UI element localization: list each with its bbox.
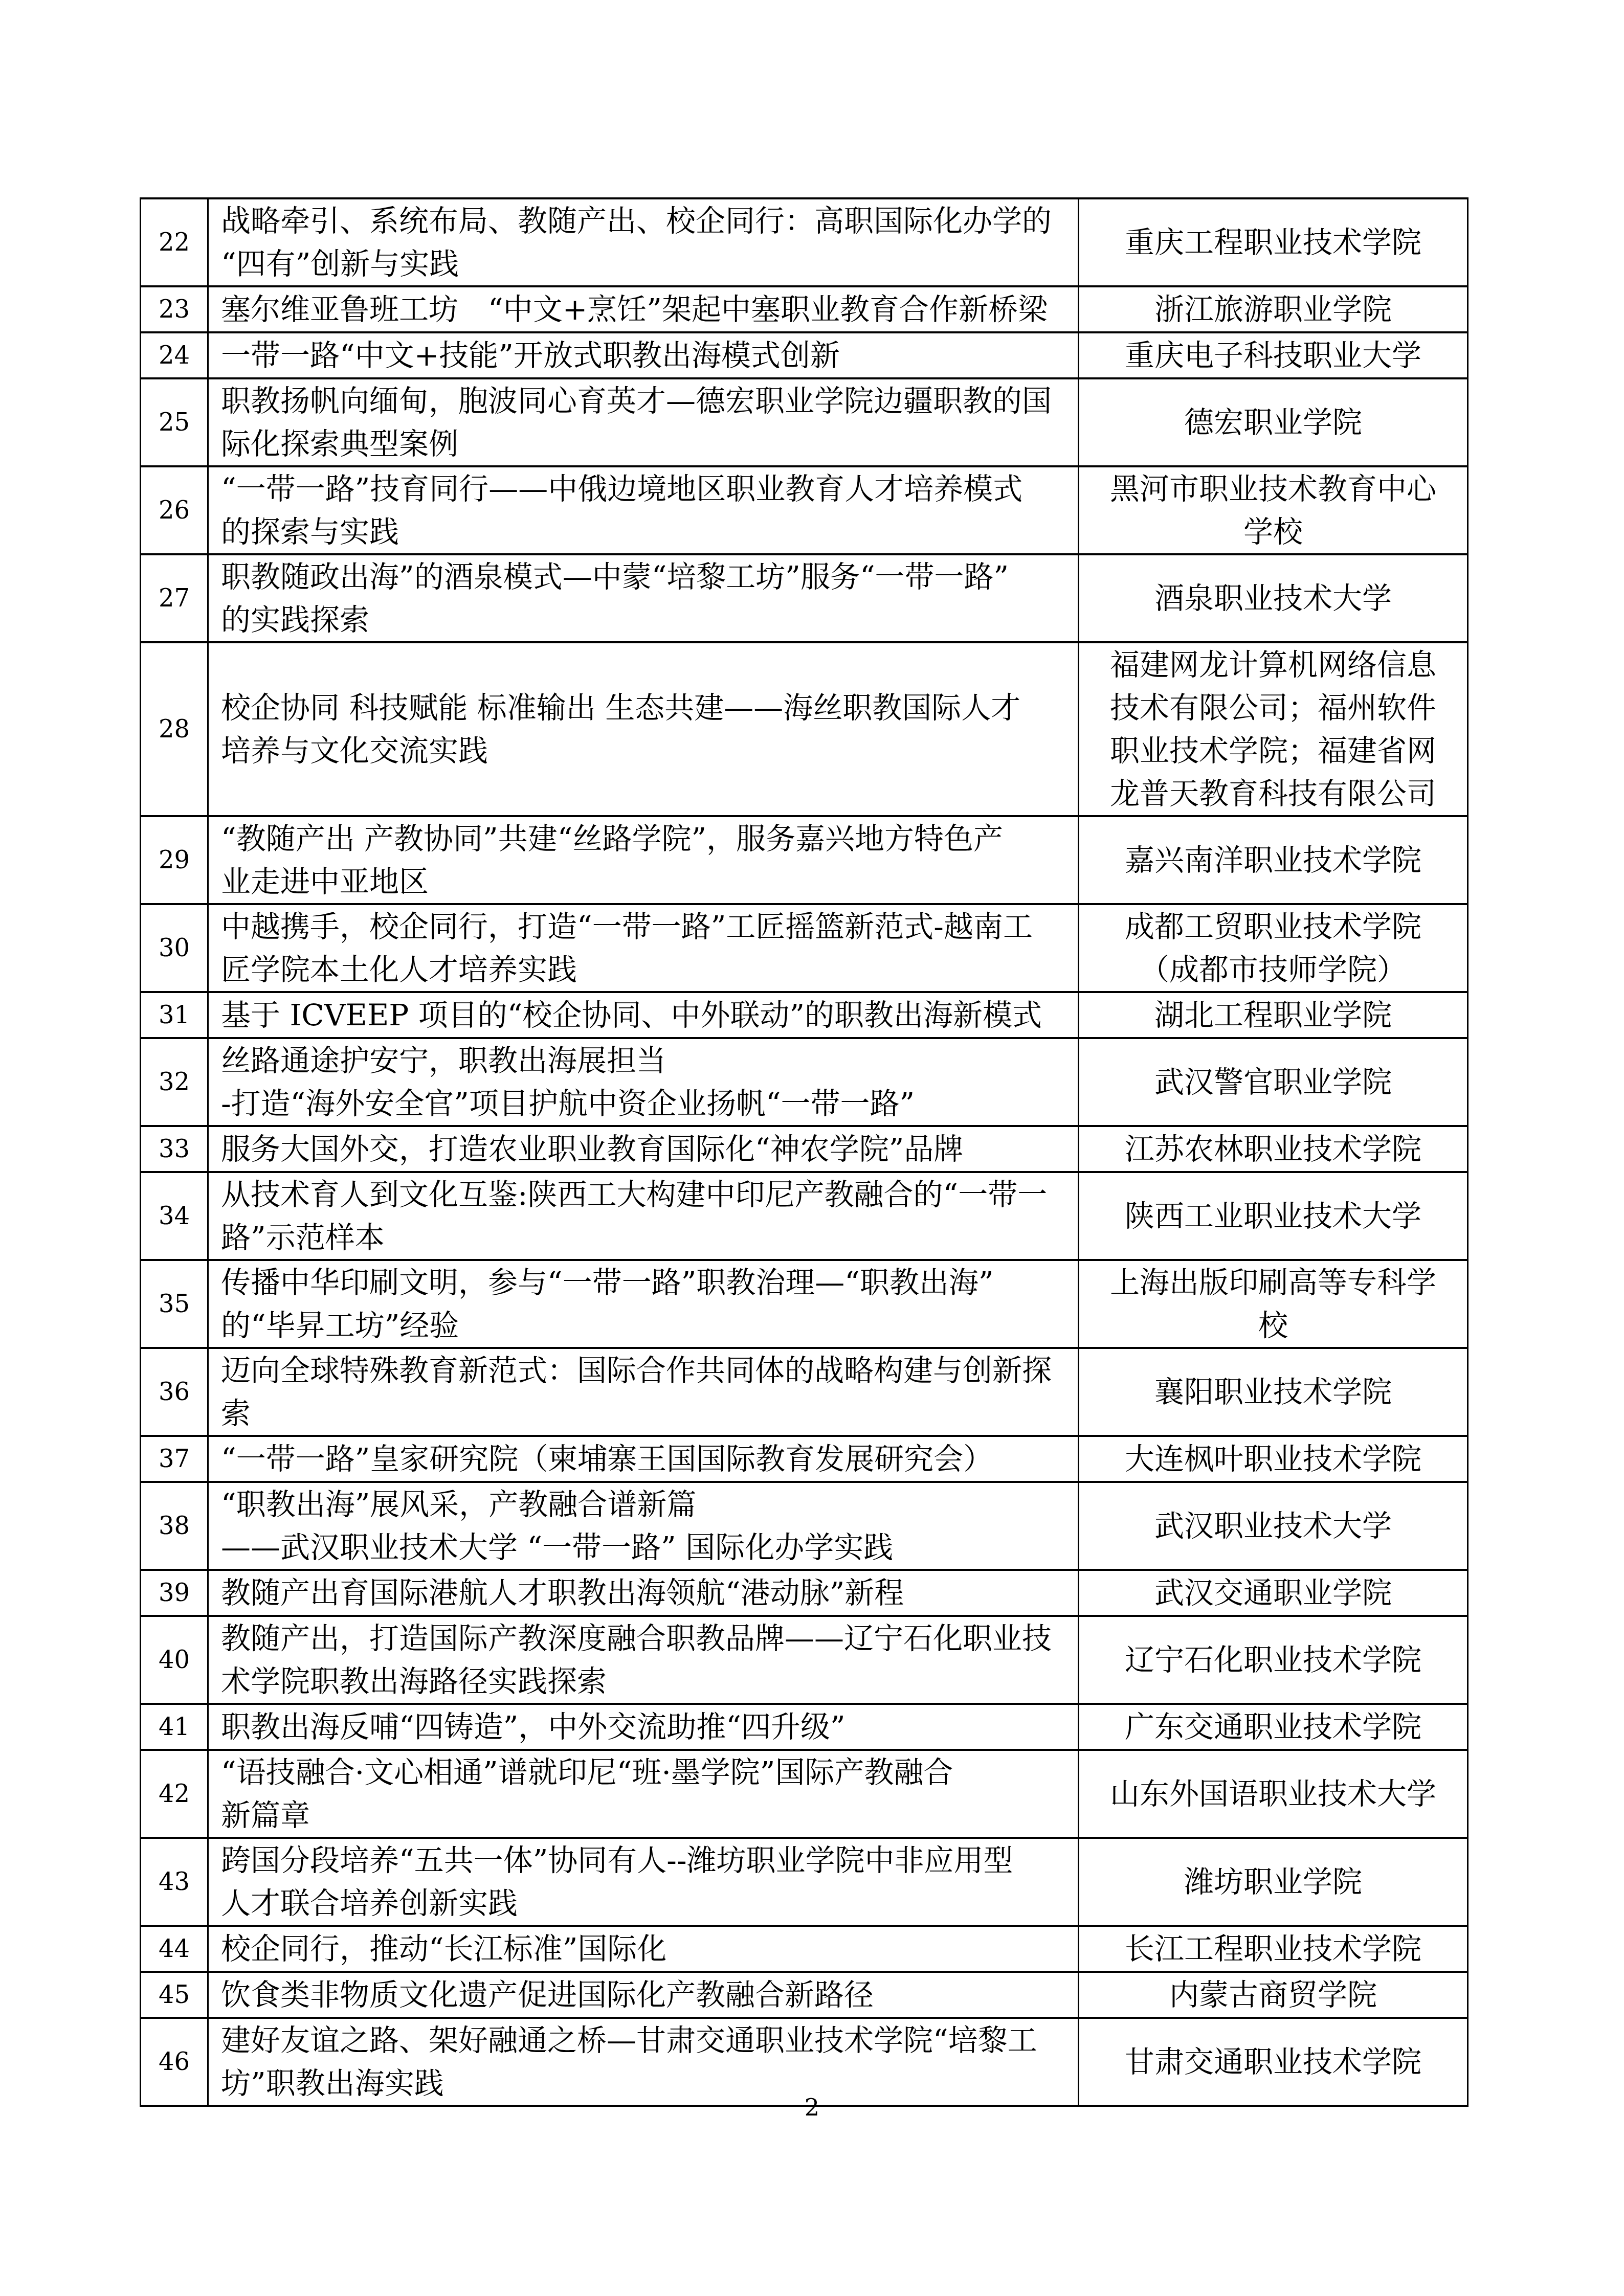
row-title: 传播中华印刷文明，参与“一带一路”职教治理—“职教出海” 的“毕昇工坊”经验 [208, 1260, 1079, 1348]
case-table: 22 战略牵引、系统布局、教随产出、校企同行：高职国际化办学的 “四有”创新与实… [140, 197, 1469, 2107]
row-institution: 武汉警官职业学院 [1079, 1038, 1468, 1126]
table-row: 24 一带一路“中文+技能”开放式职教出海模式创新 重庆电子科技职业大学 [141, 332, 1468, 378]
table-row: 34 从技术育人到文化互鉴:陕西工大构建中印尼产教融合的“一带一 路”示范样本 … [141, 1172, 1468, 1260]
table-row: 35 传播中华印刷文明，参与“一带一路”职教治理—“职教出海” 的“毕昇工坊”经… [141, 1260, 1468, 1348]
row-title: 迈向全球特殊教育新范式：国际合作共同体的战略构建与创新探 索 [208, 1348, 1079, 1436]
table-row: 42 “语技融合·文心相通”谱就印尼“班·墨学院”国际产教融合 新篇章 山东外国… [141, 1750, 1468, 1838]
row-institution: 辽宁石化职业技术学院 [1079, 1616, 1468, 1704]
row-title: 服务大国外交，打造农业职业教育国际化“神农学院”品牌 [208, 1126, 1079, 1172]
row-number: 30 [141, 904, 208, 992]
row-number: 28 [141, 642, 208, 816]
row-institution: 黑河市职业技术教育中心 学校 [1079, 466, 1468, 554]
row-title: 跨国分段培养“五共一体”协同有人--潍坊职业学院中非应用型 人才联合培养创新实践 [208, 1838, 1079, 1926]
row-number: 45 [141, 1972, 208, 2018]
table-row: 40 教随产出，打造国际产教深度融合职教品牌——辽宁石化职业技 术学院职教出海路… [141, 1616, 1468, 1704]
row-number: 46 [141, 2018, 208, 2106]
table-row: 33 服务大国外交，打造农业职业教育国际化“神农学院”品牌 江苏农林职业技术学院 [141, 1126, 1468, 1172]
row-number: 32 [141, 1038, 208, 1126]
row-number: 39 [141, 1570, 208, 1616]
row-number: 36 [141, 1348, 208, 1436]
row-number: 35 [141, 1260, 208, 1348]
document-page: 22 战略牵引、系统布局、教随产出、校企同行：高职国际化办学的 “四有”创新与实… [0, 0, 1624, 2296]
row-institution: 酒泉职业技术大学 [1079, 554, 1468, 642]
table-row: 25 职教扬帆向缅甸，胞波同心育英才—德宏职业学院边疆职教的国 际化探索典型案例… [141, 378, 1468, 466]
row-institution: 福建网龙计算机网络信息 技术有限公司；福州软件 职业技术学院；福建省网 龙普天教… [1079, 642, 1468, 816]
row-number: 38 [141, 1482, 208, 1570]
row-institution: 武汉交通职业学院 [1079, 1570, 1468, 1616]
row-number: 40 [141, 1616, 208, 1704]
row-institution: 成都工贸职业技术学院 （成都市技师学院） [1079, 904, 1468, 992]
table-row: 41 职教出海反哺“四铸造”，中外交流助推“四升级” 广东交通职业技术学院 [141, 1704, 1468, 1750]
row-institution: 大连枫叶职业技术学院 [1079, 1436, 1468, 1482]
table-row: 39 教随产出育国际港航人才职教出海领航“港动脉”新程 武汉交通职业学院 [141, 1570, 1468, 1616]
row-institution: 内蒙古商贸学院 [1079, 1972, 1468, 2018]
table-row: 37 “一带一路”皇家研究院（柬埔寨王国国际教育发展研究会） 大连枫叶职业技术学… [141, 1436, 1468, 1482]
table-row: 32 丝路通途护安宁，职教出海展担当 -打造“海外安全官”项目护航中资企业扬帆“… [141, 1038, 1468, 1126]
table-row: 22 战略牵引、系统布局、教随产出、校企同行：高职国际化办学的 “四有”创新与实… [141, 198, 1468, 286]
row-title: 饮食类非物质文化遗产促进国际化产教融合新路径 [208, 1972, 1079, 2018]
table-row: 28 校企协同 科技赋能 标准输出 生态共建——海丝职教国际人才 培养与文化交流… [141, 642, 1468, 816]
row-institution: 浙江旅游职业学院 [1079, 286, 1468, 332]
row-institution: 广东交通职业技术学院 [1079, 1704, 1468, 1750]
table-row: 23 塞尔维亚鲁班工坊 “中文+烹饪”架起中塞职业教育合作新桥梁 浙江旅游职业学… [141, 286, 1468, 332]
row-title: “语技融合·文心相通”谱就印尼“班·墨学院”国际产教融合 新篇章 [208, 1750, 1079, 1838]
table-row: 43 跨国分段培养“五共一体”协同有人--潍坊职业学院中非应用型 人才联合培养创… [141, 1838, 1468, 1926]
row-number: 37 [141, 1436, 208, 1482]
case-table-body: 22 战略牵引、系统布局、教随产出、校企同行：高职国际化办学的 “四有”创新与实… [141, 198, 1468, 2106]
row-number: 34 [141, 1172, 208, 1260]
table-row: 29 “教随产出 产教协同”共建“丝路学院”，服务嘉兴地方特色产 业走进中亚地区… [141, 816, 1468, 904]
table-row: 27 职教随政出海”的酒泉模式—中蒙“培黎工坊”服务“一带一路” 的实践探索 酒… [141, 554, 1468, 642]
table-row: 45 饮食类非物质文化遗产促进国际化产教融合新路径 内蒙古商贸学院 [141, 1972, 1468, 2018]
row-institution: 襄阳职业技术学院 [1079, 1348, 1468, 1436]
row-institution: 重庆工程职业技术学院 [1079, 198, 1468, 286]
row-institution: 湖北工程职业学院 [1079, 992, 1468, 1038]
row-title: 一带一路“中文+技能”开放式职教出海模式创新 [208, 332, 1079, 378]
table-row: 30 中越携手，校企同行，打造“一带一路”工匠摇篮新范式-越南工 匠学院本土化人… [141, 904, 1468, 992]
row-institution: 上海出版印刷高等专科学 校 [1079, 1260, 1468, 1348]
row-institution: 武汉职业技术大学 [1079, 1482, 1468, 1570]
row-number: 41 [141, 1704, 208, 1750]
row-institution: 长江工程职业技术学院 [1079, 1926, 1468, 1972]
row-institution: 山东外国语职业技术大学 [1079, 1750, 1468, 1838]
row-institution: 重庆电子科技职业大学 [1079, 332, 1468, 378]
table-row: 26 “一带一路”技育同行——中俄边境地区职业教育人才培养模式 的探索与实践 黑… [141, 466, 1468, 554]
row-title: “一带一路”技育同行——中俄边境地区职业教育人才培养模式 的探索与实践 [208, 466, 1079, 554]
row-title: 战略牵引、系统布局、教随产出、校企同行：高职国际化办学的 “四有”创新与实践 [208, 198, 1079, 286]
row-title: “职教出海”展风采，产教融合谱新篇 ——武汉职业技术大学 “一带一路” 国际化办… [208, 1482, 1079, 1570]
row-title: 教随产出育国际港航人才职教出海领航“港动脉”新程 [208, 1570, 1079, 1616]
row-title: “一带一路”皇家研究院（柬埔寨王国国际教育发展研究会） [208, 1436, 1079, 1482]
table-row: 31 基于 ICVEEP 项目的“校企协同、中外联动”的职教出海新模式 湖北工程… [141, 992, 1468, 1038]
table-row: 36 迈向全球特殊教育新范式：国际合作共同体的战略构建与创新探 索 襄阳职业技术… [141, 1348, 1468, 1436]
row-number: 25 [141, 378, 208, 466]
row-title: 从技术育人到文化互鉴:陕西工大构建中印尼产教融合的“一带一 路”示范样本 [208, 1172, 1079, 1260]
row-number: 44 [141, 1926, 208, 1972]
row-institution: 德宏职业学院 [1079, 378, 1468, 466]
row-title: 职教扬帆向缅甸，胞波同心育英才—德宏职业学院边疆职教的国 际化探索典型案例 [208, 378, 1079, 466]
row-title: 职教随政出海”的酒泉模式—中蒙“培黎工坊”服务“一带一路” 的实践探索 [208, 554, 1079, 642]
row-number: 22 [141, 198, 208, 286]
row-title: 中越携手，校企同行，打造“一带一路”工匠摇篮新范式-越南工 匠学院本土化人才培养… [208, 904, 1079, 992]
row-title: 校企协同 科技赋能 标准输出 生态共建——海丝职教国际人才 培养与文化交流实践 [208, 642, 1079, 816]
table-row: 46 建好友谊之路、架好融通之桥—甘肃交通职业技术学院“培黎工 坊”职教出海实践… [141, 2018, 1468, 2106]
row-number: 23 [141, 286, 208, 332]
row-title: 丝路通途护安宁，职教出海展担当 -打造“海外安全官”项目护航中资企业扬帆“一带一… [208, 1038, 1079, 1126]
table-row: 44 校企同行，推动“长江标准”国际化 长江工程职业技术学院 [141, 1926, 1468, 1972]
row-number: 43 [141, 1838, 208, 1926]
row-number: 26 [141, 466, 208, 554]
row-title: 基于 ICVEEP 项目的“校企协同、中外联动”的职教出海新模式 [208, 992, 1079, 1038]
row-number: 27 [141, 554, 208, 642]
row-number: 31 [141, 992, 208, 1038]
row-number: 33 [141, 1126, 208, 1172]
row-title: “教随产出 产教协同”共建“丝路学院”，服务嘉兴地方特色产 业走进中亚地区 [208, 816, 1079, 904]
row-number: 42 [141, 1750, 208, 1838]
row-title: 教随产出，打造国际产教深度融合职教品牌——辽宁石化职业技 术学院职教出海路径实践… [208, 1616, 1079, 1704]
row-institution: 嘉兴南洋职业技术学院 [1079, 816, 1468, 904]
row-number: 29 [141, 816, 208, 904]
row-title: 塞尔维亚鲁班工坊 “中文+烹饪”架起中塞职业教育合作新桥梁 [208, 286, 1079, 332]
row-title: 建好友谊之路、架好融通之桥—甘肃交通职业技术学院“培黎工 坊”职教出海实践 [208, 2018, 1079, 2106]
row-title: 校企同行，推动“长江标准”国际化 [208, 1926, 1079, 1972]
row-institution: 甘肃交通职业技术学院 [1079, 2018, 1468, 2106]
page-number: 2 [0, 2094, 1624, 2121]
row-number: 24 [141, 332, 208, 378]
row-title: 职教出海反哺“四铸造”，中外交流助推“四升级” [208, 1704, 1079, 1750]
row-institution: 陕西工业职业技术大学 [1079, 1172, 1468, 1260]
row-institution: 江苏农林职业技术学院 [1079, 1126, 1468, 1172]
table-row: 38 “职教出海”展风采，产教融合谱新篇 ——武汉职业技术大学 “一带一路” 国… [141, 1482, 1468, 1570]
row-institution: 潍坊职业学院 [1079, 1838, 1468, 1926]
